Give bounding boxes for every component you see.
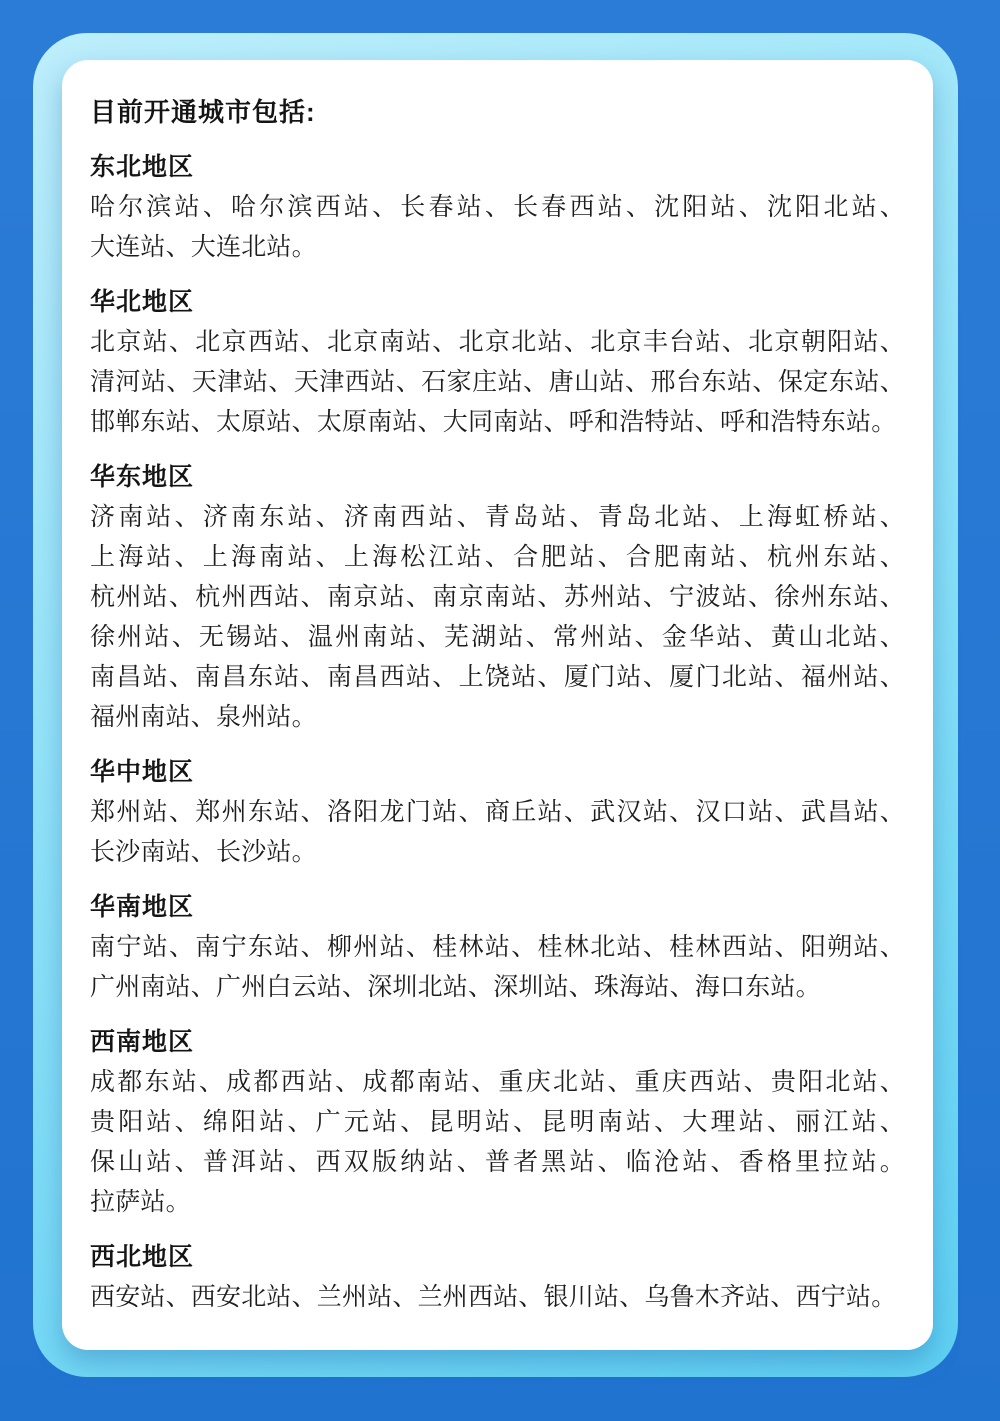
station-list: 哈尔滨站、哈尔滨西站、长春站、长春西站、沈阳站、沈阳北站、大连站、大连北站。 <box>90 187 905 267</box>
region-heading: 华东地区 <box>90 457 905 497</box>
region-section-southwest: 西南地区 成都东站、成都西站、成都南站、重庆北站、重庆西站、贵阳北站、贵阳站、绵… <box>90 1022 905 1222</box>
region-section-south: 华南地区 南宁站、南宁东站、柳州站、桂林站、桂林北站、桂林西站、阳朔站、广州南站… <box>90 887 905 1007</box>
station-list: 成都东站、成都西站、成都南站、重庆北站、重庆西站、贵阳北站、贵阳站、绵阳站、广元… <box>90 1062 905 1222</box>
station-list: 北京站、北京西站、北京南站、北京北站、北京丰台站、北京朝阳站、清河站、天津站、天… <box>90 322 905 442</box>
station-list: 济南站、济南东站、济南西站、青岛站、青岛北站、上海虹桥站、上海站、上海南站、上海… <box>90 497 905 737</box>
border-frame: 目前开通城市包括: 东北地区 哈尔滨站、哈尔滨西站、长春站、长春西站、沈阳站、沈… <box>33 33 958 1377</box>
region-section-east: 华东地区 济南站、济南东站、济南西站、青岛站、青岛北站、上海虹桥站、上海站、上海… <box>90 457 905 737</box>
region-heading: 西南地区 <box>90 1022 905 1062</box>
region-heading: 华中地区 <box>90 752 905 792</box>
region-section-north: 华北地区 北京站、北京西站、北京南站、北京北站、北京丰台站、北京朝阳站、清河站、… <box>90 282 905 442</box>
region-section-northwest: 西北地区 西安站、西安北站、兰州站、兰州西站、银川站、乌鲁木齐站、西宁站。 <box>90 1237 905 1317</box>
region-heading: 华南地区 <box>90 887 905 927</box>
region-section-northeast: 东北地区 哈尔滨站、哈尔滨西站、长春站、长春西站、沈阳站、沈阳北站、大连站、大连… <box>90 147 905 267</box>
station-list: 郑州站、郑州东站、洛阳龙门站、商丘站、武汉站、汉口站、武昌站、长沙南站、长沙站。 <box>90 792 905 872</box>
page-title: 目前开通城市包括: <box>90 92 905 132</box>
station-list: 南宁站、南宁东站、柳州站、桂林站、桂林北站、桂林西站、阳朔站、广州南站、广州白云… <box>90 927 905 1007</box>
station-list: 西安站、西安北站、兰州站、兰州西站、银川站、乌鲁木齐站、西宁站。 <box>90 1277 905 1317</box>
region-section-central: 华中地区 郑州站、郑州东站、洛阳龙门站、商丘站、武汉站、汉口站、武昌站、长沙南站… <box>90 752 905 872</box>
region-heading: 华北地区 <box>90 282 905 322</box>
region-heading: 东北地区 <box>90 147 905 187</box>
content-card: 目前开通城市包括: 东北地区 哈尔滨站、哈尔滨西站、长春站、长春西站、沈阳站、沈… <box>62 60 933 1350</box>
region-heading: 西北地区 <box>90 1237 905 1277</box>
